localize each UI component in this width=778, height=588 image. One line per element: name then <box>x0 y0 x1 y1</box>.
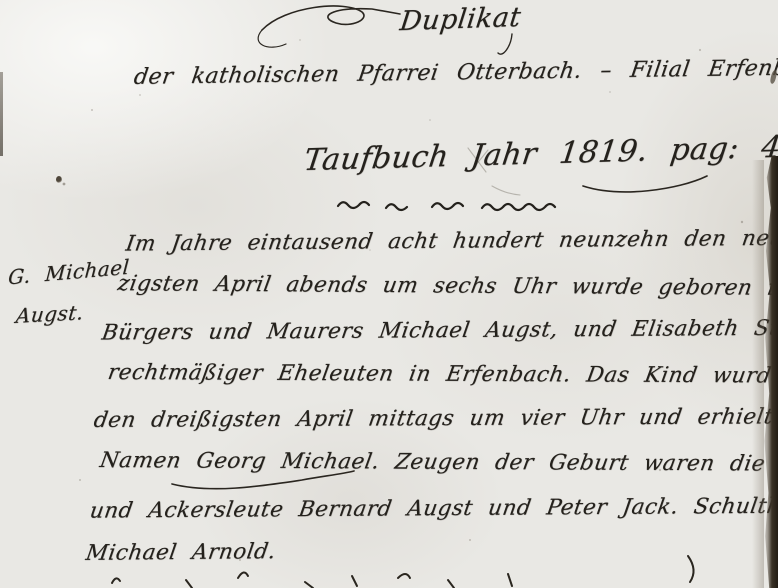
scan-edge-left <box>0 72 3 156</box>
body-line: Namen Georg Michael. Zeugen der Geburt w… <box>98 448 778 477</box>
register-line: Taufbuch Jahr 1819. pag: 42. <box>302 129 778 178</box>
body-line: zigsten April abends um sechs Uhr wurde … <box>116 271 778 302</box>
body-line: rechtmäßiger Eheleuten in Erfenbach. Das… <box>106 360 778 389</box>
body-line: den dreißigsten April mittags um vier Uh… <box>92 404 778 433</box>
paper-speckles <box>63 39 744 561</box>
ink-stain <box>56 176 62 183</box>
page-edge-shadow <box>752 160 764 588</box>
margin-note-name: G. Michael <box>7 255 130 290</box>
scanned-manuscript-page: Duplikat der katholischen Pfarrei Otterb… <box>0 0 778 588</box>
body-line: und Ackersleute Bernard Augst und Peter … <box>88 493 778 523</box>
margin-note-surname: Augst. <box>15 300 85 328</box>
page-number-underline-flourish <box>583 176 707 192</box>
body-line: Bürgers und Maurers Michael Augst, und E… <box>100 315 778 345</box>
divider-squiggle <box>338 202 555 210</box>
body-line: Michael Arnold. <box>84 539 278 566</box>
heading-duplikat: Duplikat <box>398 2 523 37</box>
parish-line: der katholischen Pfarrei Otterbach. – Fi… <box>132 55 778 90</box>
body-line: Im Jahre eintausend acht hundert neunzeh… <box>124 224 778 256</box>
